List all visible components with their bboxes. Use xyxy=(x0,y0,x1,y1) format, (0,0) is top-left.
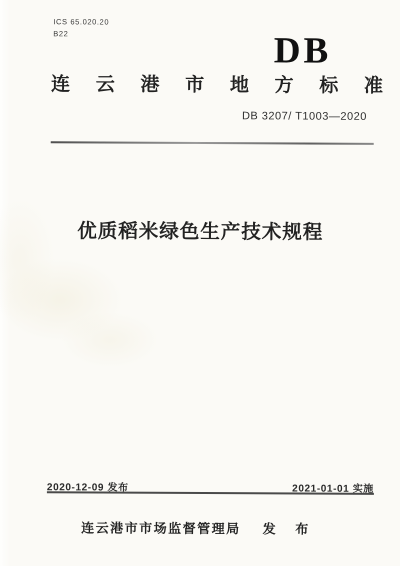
standard-title-char: 方 xyxy=(274,75,293,98)
standard-title-char: 连 xyxy=(51,74,70,97)
ics-code: ICS 65.020.20 xyxy=(53,16,109,28)
standard-number: DB 3207/ T1003—2020 xyxy=(242,110,367,123)
publisher-name: 连云港市市场监督管理局 xyxy=(81,517,241,537)
standard-title-char: 地 xyxy=(230,75,249,98)
publisher-row: 连云港市市场监督管理局 发 布 xyxy=(0,517,399,538)
ics-code-block: ICS 65.020.20 B22 xyxy=(53,16,109,40)
scanned-content: ICS 65.020.20 B22 DB 连 云 港 市 地 方 标 准 DB … xyxy=(0,0,400,566)
db-logo: DB xyxy=(274,32,332,69)
document-title: 优质稻米绿色生产技术规程 xyxy=(0,215,400,245)
standard-title-char: 市 xyxy=(185,75,204,98)
publish-label: 发 布 xyxy=(263,518,317,537)
standard-title-char: 港 xyxy=(140,75,159,98)
document-page: ICS 65.020.20 B22 DB 连 云 港 市 地 方 标 准 DB … xyxy=(0,0,400,566)
standard-title-char: 准 xyxy=(364,76,383,99)
standard-title-char: 云 xyxy=(96,74,115,97)
header-rule xyxy=(51,141,374,145)
standard-title-char: 标 xyxy=(319,76,338,99)
classification-code: B22 xyxy=(53,28,109,40)
standard-title: 连 云 港 市 地 方 标 准 xyxy=(51,74,383,99)
